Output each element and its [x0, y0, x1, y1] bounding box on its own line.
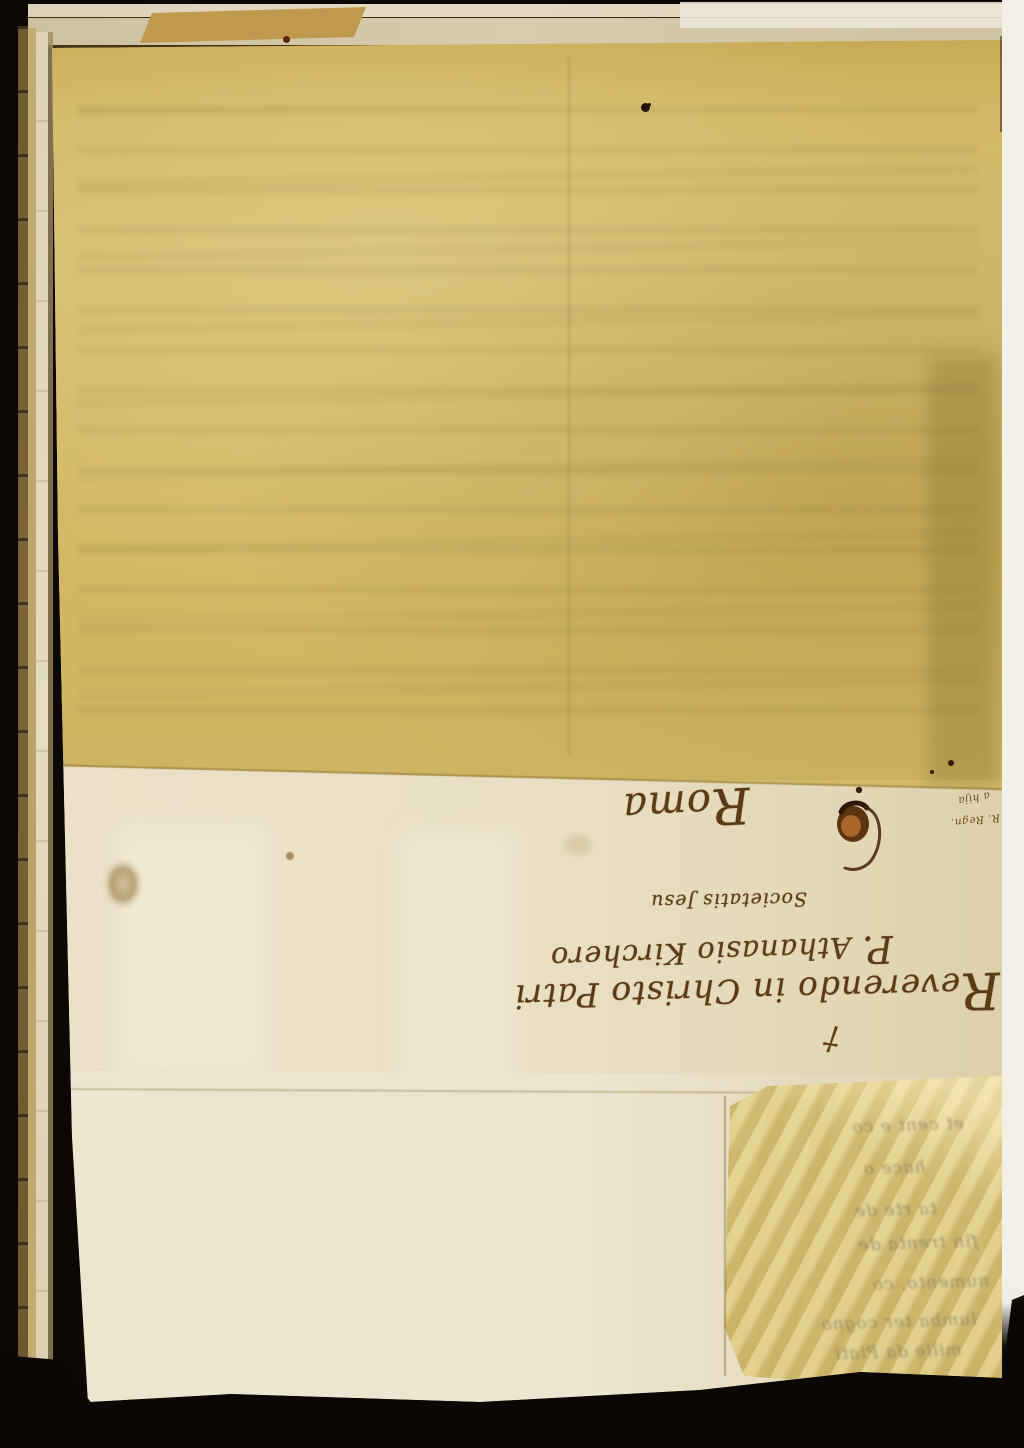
ghost-line: ta rte de — [854, 1199, 937, 1222]
ghost-line: et cent e co — [851, 1114, 964, 1138]
scan-margin-right — [1002, 0, 1024, 1448]
ink-flourish-dot — [856, 787, 862, 793]
manuscript-photo: † Reverendo in Christo Patri P. Athanasi… — [0, 0, 1024, 1448]
address-city: Roma — [621, 776, 751, 841]
ink-dot — [641, 103, 650, 112]
archival-note-line-2: a hija — [957, 789, 991, 806]
cross-mark: † — [820, 1020, 842, 1060]
ghost-line: fin trenta de — [857, 1231, 978, 1255]
page-edge-left-cream — [36, 30, 48, 1402]
binding-edge — [18, 26, 28, 1410]
archival-note-line-1: R. Regn. — [950, 811, 1001, 828]
page-edge-left-shadow — [48, 32, 53, 1400]
stain-dot — [286, 852, 294, 860]
ghost-line: lumba ter cogno — [820, 1310, 977, 1335]
paper-patch — [398, 831, 518, 1086]
page-edge-top-white — [680, 2, 1002, 28]
paper-patch — [118, 826, 268, 1076]
stain-blob — [103, 858, 143, 910]
fold-crease-vertical — [568, 56, 570, 756]
ink-flourish — [835, 780, 895, 940]
ghost-line: numento, co — [871, 1271, 989, 1295]
ink-speck — [948, 760, 954, 766]
ghost-line: hace o — [863, 1157, 926, 1179]
ink-blot-center — [841, 815, 861, 837]
ink-speck — [283, 36, 290, 43]
ghost-text-block: et cent e co hace o ta rte de fin trenta… — [694, 1113, 1003, 1379]
bleed-through-lines — [78, 106, 978, 746]
ghost-line: mille da Piati — [834, 1340, 962, 1364]
page-right-edge-line — [1000, 36, 1002, 132]
archival-note: R. Regn. a hija — [924, 774, 1002, 830]
ink-speck — [930, 770, 934, 774]
address-line-3: Societatis Jesu — [650, 888, 807, 913]
page-edge-left-tan — [28, 28, 36, 1404]
